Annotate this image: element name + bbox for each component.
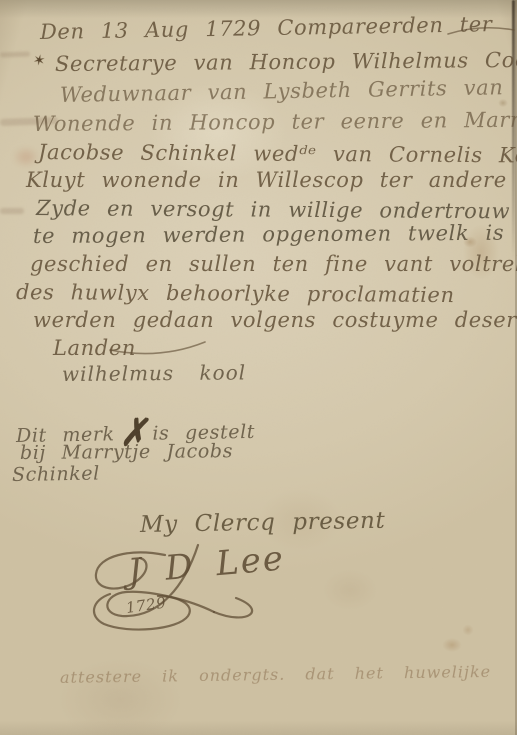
red-smudge	[12, 146, 40, 168]
witness-mark-line: bij Marrytje Jacobs	[20, 440, 233, 464]
manuscript-line: Wonende in Honcop ter eenre en Marrytje	[33, 107, 517, 136]
signature-year: 1729	[125, 593, 168, 616]
manuscript-page: ✶ Den 13 Aug 1729 Compareerden ter Secre…	[0, 0, 517, 735]
manuscript-line: Landen	[53, 336, 136, 360]
clerk-signature: J D Lee	[126, 538, 286, 592]
manuscript-line: Zyde en versogt in willige ondertrouw	[36, 196, 510, 223]
groom-signature: wilhelmus kool	[62, 360, 246, 386]
footer-annotation: attestere ik ondergts. dat het huwelijke	[60, 662, 491, 687]
manuscript-line: werden gedaan volgens costuyme deser	[33, 308, 517, 332]
margin-ink-blot: ✶	[31, 50, 48, 70]
ink-bleed-mark	[0, 51, 30, 57]
clerk-present-line: My Clercq present	[140, 508, 386, 538]
manuscript-line: Jacobse Schinkel wedᵈᵉ van Cornelis Koen…	[38, 140, 517, 168]
manuscript-line: Kluyt wonende in Willescop ter andere	[26, 168, 507, 192]
manuscript-line: geschied en sullen ten fine vant voltrek…	[30, 252, 517, 276]
ink-bleed-mark	[0, 208, 24, 214]
manuscript-line: te mogen werden opgenomen twelk is	[33, 221, 504, 248]
manuscript-line: Secretarye van Honcop Wilhelmus Cool	[55, 48, 517, 76]
witness-mark-line: Schinkel	[12, 462, 100, 486]
manuscript-line: Weduwnaar van Lysbeth Gerrits van Vliet	[60, 74, 517, 107]
manuscript-line: Den 13 Aug 1729 Compareerden ter	[40, 12, 493, 44]
manuscript-line: des huwlyx behoorlyke proclamatien	[16, 280, 455, 307]
